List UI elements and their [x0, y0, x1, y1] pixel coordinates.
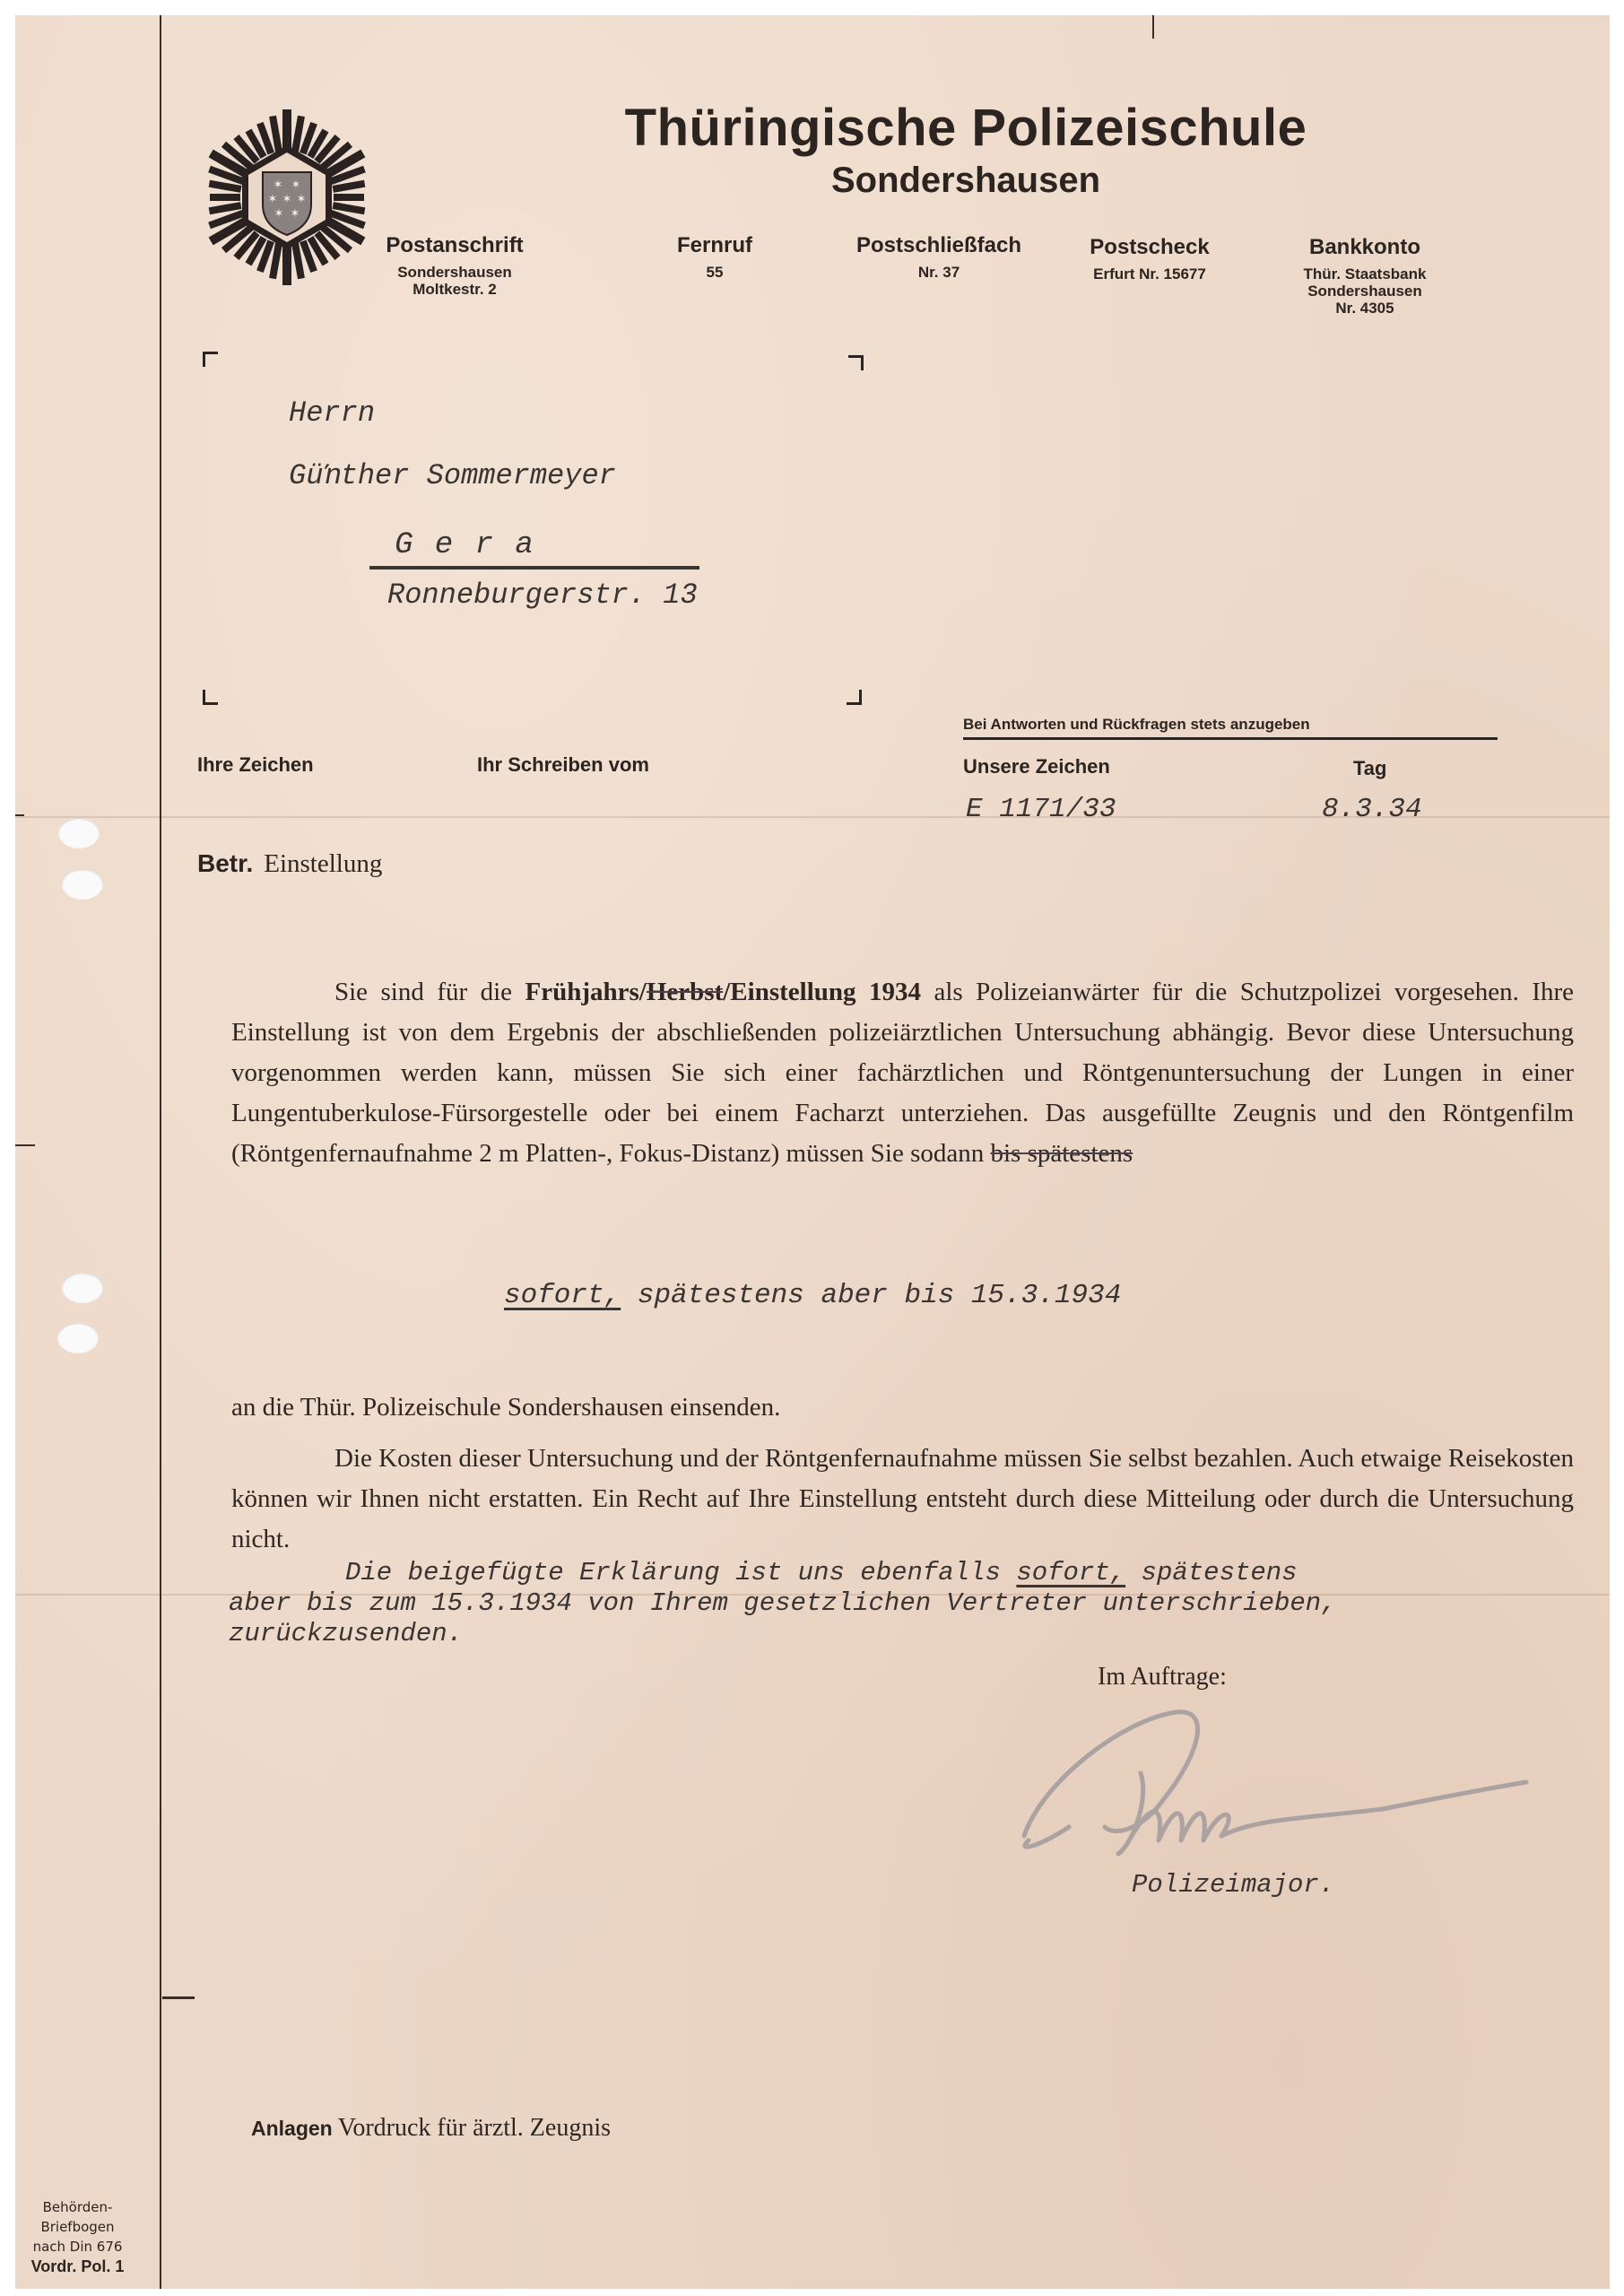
punch-hole	[57, 1323, 99, 1353]
date-value: 8.3.34	[1322, 794, 1422, 825]
recipient-name: Güŉther Sommermeyer	[289, 459, 616, 492]
margin-line	[160, 15, 161, 2289]
your-letter-date-label: Ihr Schreiben vom	[477, 753, 649, 777]
giro-label: Postscheck	[1051, 235, 1248, 260]
punch-hole	[62, 869, 103, 900]
signature	[1006, 1701, 1562, 1881]
institution-city: Sondershausen	[562, 161, 1369, 201]
svg-text:✶: ✶	[297, 193, 307, 206]
enclosures-label: Anlagen	[251, 2117, 333, 2140]
date-label: Tag	[1353, 757, 1386, 780]
fold-mark	[162, 1996, 195, 1999]
police-star-emblem-icon: ✶✶ ✶✶✶ ✶✶	[197, 108, 377, 287]
recipient-city: G e r a	[369, 528, 699, 570]
bank-label: Bankkonto	[1271, 235, 1459, 260]
typed-addendum: Die beigefügte Erklärung ist uns ebenfal…	[229, 1558, 1337, 1649]
reference-note: Bei Antworten und Rückfragen stets anzug…	[963, 716, 1498, 740]
punch-hole	[62, 1273, 103, 1303]
form-note: Behörden- Briefbogen nach Din 676 Vordr.…	[17, 2197, 138, 2276]
phone-value: 55	[625, 264, 804, 281]
enclosures: Anlagen Vordruck für ärztl. Zeugnis	[251, 2114, 611, 2143]
body-paragraph-2: an die Thür. Polizeischule Sondershausen…	[231, 1387, 1574, 1428]
subject-label: Betr.	[197, 849, 253, 877]
subject-value: Einstellung	[264, 849, 382, 878]
po-box-label: Postschließfach	[822, 233, 1055, 258]
giro-value: Erfurt Nr. 15677	[1051, 265, 1248, 283]
phone-label: Fernruf	[625, 233, 804, 258]
po-box-value: Nr. 37	[822, 264, 1055, 281]
body-paragraph-1: Sie sind für die Frühjahrs/Herbst/Einste…	[231, 972, 1574, 1174]
enclosures-value: Vordruck für ärztl. Zeugnis	[338, 2114, 611, 2142]
body-paragraph-3: Die Kosten dieser Untersuchung und der R…	[231, 1439, 1574, 1560]
svg-text:✶: ✶	[282, 193, 292, 206]
deadline-line: sofort, spätestens aber bis 15.3.1934	[504, 1280, 1121, 1311]
svg-text:✶: ✶	[268, 193, 278, 206]
your-sign-label: Ihre Zeichen	[197, 753, 314, 777]
punch-hole	[58, 818, 100, 848]
window-corner-bl	[203, 690, 218, 705]
our-sign-label: Unsere Zeichen	[963, 755, 1110, 778]
subject-line: Betr. Einstellung	[197, 849, 382, 879]
recipient-street: Ronneburgerstr. 13	[387, 578, 698, 612]
postal-address-label: Postanschrift	[356, 233, 553, 258]
window-corner-tl	[203, 352, 218, 367]
letter-page: ✶✶ ✶✶✶ ✶✶ Thüringische Polizeischule Son…	[15, 15, 1610, 2289]
fold-mark-top	[1152, 15, 1154, 39]
our-sign-value: E 1171/33	[966, 794, 1116, 825]
recipient-salutation: Herrn	[289, 396, 375, 430]
postal-address-value: Sondershausen Moltkestr. 2	[356, 264, 553, 298]
on-behalf-label: Im Auftrage:	[1098, 1663, 1227, 1692]
fold-mark	[15, 814, 24, 816]
svg-text:✶: ✶	[274, 178, 283, 192]
bank-value: Thür. Staatsbank Sondershausen Nr. 4305	[1271, 265, 1459, 317]
fold-mark	[15, 1144, 35, 1146]
svg-text:✶: ✶	[274, 207, 284, 221]
window-corner-tr	[848, 355, 864, 370]
svg-text:✶: ✶	[291, 178, 301, 192]
window-corner-br	[847, 690, 862, 705]
signatory-rank: Polizeimajor.	[1132, 1870, 1334, 1900]
institution-title: Thüringische Polizeischule	[562, 98, 1369, 158]
svg-text:✶: ✶	[291, 207, 300, 221]
